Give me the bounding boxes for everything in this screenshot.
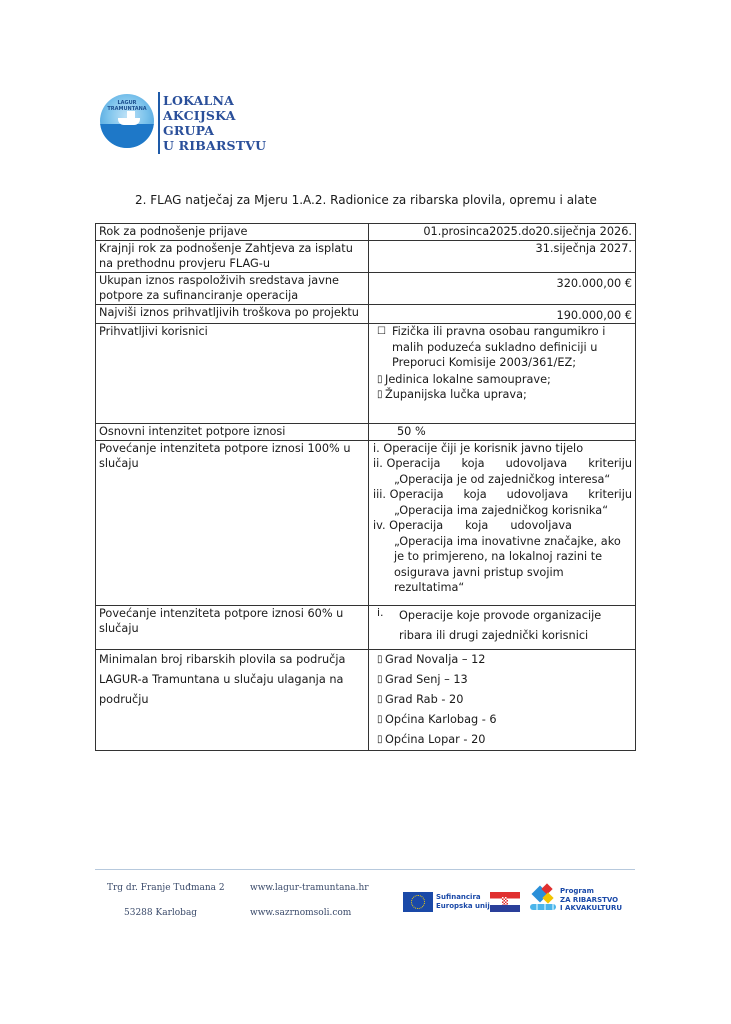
row-value: 50 % — [369, 424, 636, 441]
row-label: Ukupan iznos raspoloživih sredstava javn… — [96, 272, 369, 304]
bullet-icon: ▯ — [377, 372, 383, 388]
vessel-list: ▯Grad Novalja – 12 ▯Grad Senj – 13 ▯Grad… — [369, 649, 636, 750]
croatia-flag-icon — [490, 892, 520, 912]
table-row: Ukupan iznos raspoloživih sredstava javn… — [96, 272, 636, 304]
row-label: Povećanje intenziteta potpore iznosi 60%… — [96, 605, 369, 649]
row-value: 190.000,00 € — [369, 304, 636, 324]
eu-cofinanced-label: Sufinancira Europska unija — [436, 893, 495, 911]
row-label: Minimalan broj ribarskih plovila sa podr… — [96, 649, 369, 750]
eligible-list: ☐Fizička ili pravna osobau rangumikro i … — [369, 324, 636, 424]
table-row: Osnovni intenzitet potpore iznosi 50 % — [96, 424, 636, 441]
footer-divider — [95, 869, 635, 870]
table-row: Minimalan broj ribarskih plovila sa podr… — [96, 649, 636, 750]
table-row: Povećanje intenziteta potpore iznosi 60%… — [96, 605, 636, 649]
bullet-icon: ▯ — [377, 670, 383, 690]
checkbox-icon: ☐ — [377, 324, 386, 340]
row-label: Krajnji rok za podnošenje Zahtjeva za is… — [96, 240, 369, 272]
table-row: Povećanje intenziteta potpore iznosi 100… — [96, 440, 636, 605]
row-label: Najviši iznos prihvatljivih troškova po … — [96, 304, 369, 324]
document-title: 2. FLAG natječaj za Mjeru 1.A.2. Radioni… — [135, 193, 597, 207]
row-value: 01.prosinca2025.do20.siječnja 2026. — [369, 224, 636, 241]
fisheries-program-logo-icon — [530, 884, 556, 912]
program-label: Program ZA RIBARSTVO I AKVAKULTURU — [560, 887, 622, 913]
increase-100-list: i. Operacije čiji je korisnik javno tije… — [369, 440, 636, 605]
bullet-icon: ▯ — [377, 730, 383, 750]
footer-address-line2: 53288 Karlobag — [124, 908, 197, 918]
table-row: Rok za podnošenje prijave 01.prosinca202… — [96, 224, 636, 241]
row-label: Prihvatljivi korisnici — [96, 324, 369, 424]
lag-logo: LAGUR TRAMUNTANA LOKALNA AKCIJSKA GRUPA … — [100, 92, 270, 158]
bullet-icon: ▯ — [377, 650, 383, 670]
row-value: 31.siječnja 2027. — [369, 240, 636, 272]
table-row: Krajnji rok za podnošenje Zahtjeva za is… — [96, 240, 636, 272]
call-details-table: Rok za podnošenje prijave 01.prosinca202… — [95, 223, 636, 751]
footer-website-link[interactable]: www.lagur-tramuntana.hr — [250, 883, 369, 893]
table-row: Prihvatljivi korisnici ☐Fizička ili prav… — [96, 324, 636, 424]
bullet-icon: ▯ — [377, 690, 383, 710]
boat-icon — [118, 118, 140, 125]
eu-flag-icon — [403, 892, 433, 912]
footer-address-line1: Trg dr. Franje Tuđmana 2 — [107, 883, 225, 893]
footer-website-link-2[interactable]: www.sazrnomsoli.com — [250, 908, 351, 918]
bullet-icon: ▯ — [377, 710, 383, 730]
logo-text: LOKALNA AKCIJSKA GRUPA U RIBARSTVU — [163, 93, 266, 153]
table-row: Najviši iznos prihvatljivih troškova po … — [96, 304, 636, 324]
increase-60-item: i.Operacije koje provode organizacije ri… — [369, 605, 636, 649]
lagur-emblem-icon: LAGUR TRAMUNTANA — [100, 94, 154, 148]
row-label: Osnovni intenzitet potpore iznosi — [96, 424, 369, 441]
bullet-icon: ▯ — [377, 387, 383, 403]
row-label: Povećanje intenziteta potpore iznosi 100… — [96, 440, 369, 605]
row-value: 320.000,00 € — [369, 272, 636, 304]
row-label: Rok za podnošenje prijave — [96, 224, 369, 241]
